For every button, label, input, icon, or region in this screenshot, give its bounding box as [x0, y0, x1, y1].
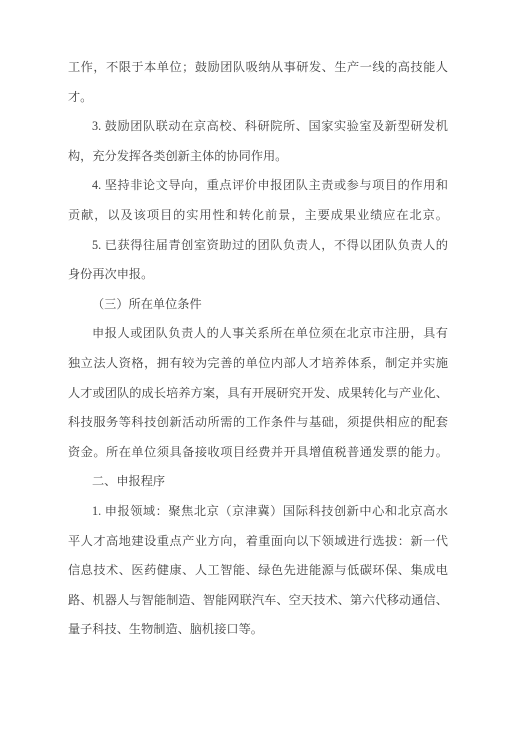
text-line: 工作，不限于本单位；鼓励团队吸纳从事研发、生产一线的高技能人	[68, 53, 448, 83]
text-line: 贡献，以及该项目的实用性和转化前景，主要成果业绩应在北京。	[68, 201, 448, 231]
text-line-list-item-5: 5. 已获得往届青创室资助过的团队负责人，不得以团队负责人的	[68, 231, 448, 261]
text-line: 科技服务等科技创新活动所需的工作条件与基础，须提供相应的配套	[68, 408, 448, 438]
heading-section-application-procedure: 二、申报程序	[68, 467, 448, 497]
document-body: 工作，不限于本单位；鼓励团队吸纳从事研发、生产一线的高技能人 才。 3. 鼓励团…	[68, 53, 448, 645]
document-page: 工作，不限于本单位；鼓励团队吸纳从事研发、生产一线的高技能人 才。 3. 鼓励团…	[0, 0, 513, 734]
text-line: 平人才高地建设重点产业方向，着重面向以下领域进行选拔：新一代	[68, 527, 448, 557]
text-line: 人才或团队的成长培养方案，具有开展研究开发、成果转化与产业化、	[68, 379, 448, 409]
text-line: 信息技术、医药健康、人工智能、绿色先进能源与低碳环保、集成电	[68, 556, 448, 586]
text-line: 身份再次申报。	[68, 260, 448, 290]
text-line: 量子科技、生物制造、脑机接口等。	[68, 615, 448, 645]
text-line: 资金。所在单位须具备接收项目经费并开具增值税普通发票的能力。	[68, 438, 448, 468]
heading-section-unit-conditions: （三）所在单位条件	[68, 290, 448, 320]
text-line: 路、机器人与智能制造、智能网联汽车、空天技术、第六代移动通信、	[68, 586, 448, 616]
text-line: 才。	[68, 83, 448, 113]
text-line-list-item-3: 3. 鼓励团队联动在京高校、科研院所、国家实验室及新型研发机	[68, 112, 448, 142]
text-line: 独立法人资格，拥有较为完善的单位内部人才培养体系，制定并实施	[68, 349, 448, 379]
text-line-list-item-1: 1. 申报领域：聚焦北京（京津冀）国际科技创新中心和北京高水	[68, 497, 448, 527]
text-line-list-item-4: 4. 坚持非论文导向，重点评价申报团队主责或参与项目的作用和	[68, 171, 448, 201]
text-line: 构，充分发挥各类创新主体的协同作用。	[68, 142, 448, 172]
text-line: 申报人或团队负责人的人事关系所在单位须在北京市注册，具有	[68, 319, 448, 349]
